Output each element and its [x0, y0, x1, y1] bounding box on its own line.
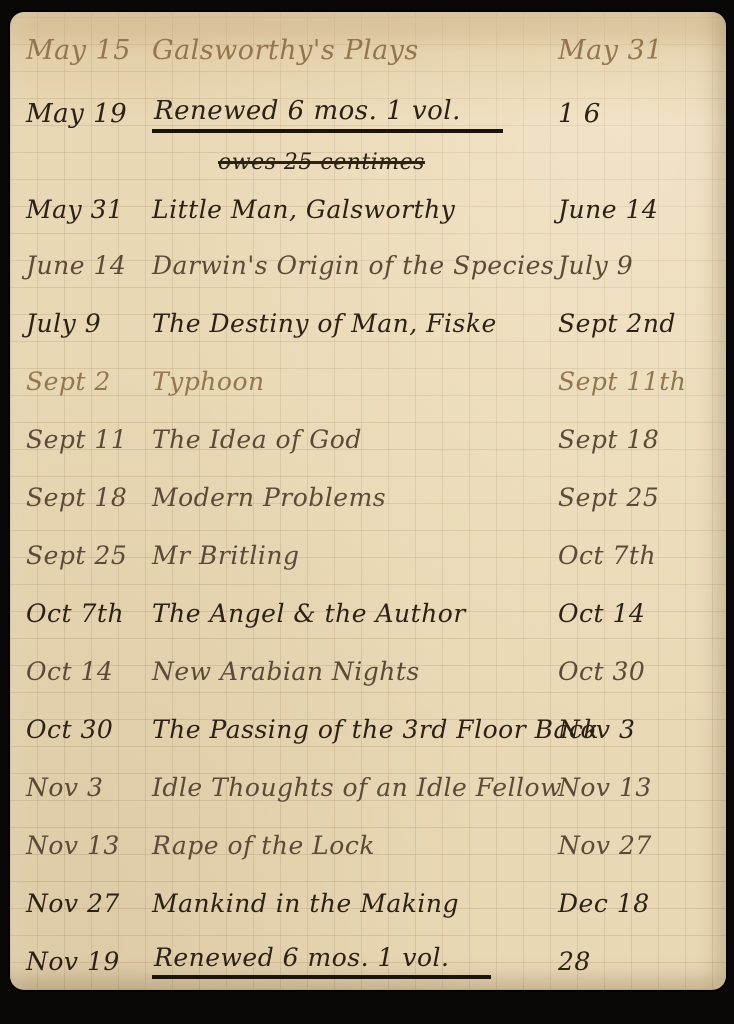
- ledger-row: Oct 7th The Angel & the Author Oct 14: [10, 584, 726, 642]
- ledger-row: Nov 19 Renewed 6 mos. 1 vol. 28: [10, 932, 726, 990]
- ledger-row: Sept 18 Modern Problems Sept 25: [10, 468, 726, 526]
- due-date: June 14: [548, 195, 726, 224]
- ledger-row: Nov 3 Idle Thoughts of an Idle Fellow No…: [10, 758, 726, 816]
- ledger-row: May 15 Galsworthy's Plays May 31: [10, 14, 726, 86]
- entry-title: Idle Thoughts of an Idle Fellow: [152, 773, 548, 802]
- ledger-row: Nov 27 Mankind in the Making Dec 18: [10, 874, 726, 932]
- due-date: Sept 18: [548, 425, 726, 454]
- due-date: Nov 3: [548, 715, 726, 744]
- entry-title-text: Mr Britling: [152, 541, 299, 570]
- entry-title-text: Mankind in the Making: [152, 889, 459, 918]
- entry-title-text: The Angel & the Author: [152, 599, 466, 628]
- ledger-row: May 19 Renewed 6 mos. 1 vol. 1 6: [10, 86, 726, 142]
- issue-date: Sept 18: [10, 483, 152, 512]
- ledger-row: Sept 25 Mr Britling Oct 7th: [10, 526, 726, 584]
- entry-title: Modern Problems: [152, 483, 548, 512]
- entry-title-text: Darwin's Origin of the Species: [152, 251, 554, 280]
- due-date: Sept 2nd: [548, 309, 726, 338]
- entry-title: New Arabian Nights: [152, 657, 548, 686]
- entry-title-text: Renewed 6 mos. 1 vol.: [152, 943, 491, 979]
- ledger-row: Sept 2 Typhoon Sept 11th: [10, 352, 726, 410]
- issue-date: Sept 25: [10, 541, 152, 570]
- issue-date: Nov 3: [10, 773, 152, 802]
- issue-date: May 15: [10, 35, 152, 66]
- entry-title: The Angel & the Author: [152, 599, 548, 628]
- due-date: 1 6: [548, 99, 726, 129]
- due-date: Nov 27: [548, 831, 726, 860]
- entry-title: Galsworthy's Plays: [152, 35, 548, 66]
- entry-title-text: Rape of the Lock: [152, 831, 375, 860]
- due-date: Oct 14: [548, 599, 726, 628]
- due-date: Oct 30: [548, 657, 726, 686]
- issue-date: June 14: [10, 251, 152, 280]
- entry-title: Renewed 6 mos. 1 vol.: [152, 943, 548, 979]
- issue-date: July 9: [10, 309, 152, 338]
- due-date: Oct 7th: [548, 541, 726, 570]
- issue-date: Nov 19: [10, 947, 152, 976]
- due-date: Dec 18: [548, 889, 726, 918]
- entry-title-text: owes 25 centimes: [218, 150, 425, 175]
- issue-date: Nov 13: [10, 831, 152, 860]
- entry-title: Renewed 6 mos. 1 vol.: [152, 96, 548, 133]
- due-date: Sept 11th: [548, 367, 726, 396]
- entry-title-text: Little Man, Galsworthy: [152, 195, 455, 224]
- entry-title: Mankind in the Making: [152, 889, 548, 918]
- entry-title-text: The Idea of God: [152, 425, 362, 454]
- entry-title: Little Man, Galsworthy: [152, 195, 548, 224]
- ledger-row: Nov 13 Rape of the Lock Nov 27: [10, 816, 726, 874]
- ledger-row: Oct 30 The Passing of the 3rd Floor Back…: [10, 700, 726, 758]
- issue-date: May 31: [10, 195, 152, 224]
- due-date: Nov 13: [548, 773, 726, 802]
- due-date: May 31: [548, 35, 726, 66]
- issue-date: Sept 11: [10, 425, 152, 454]
- entry-title-text: The Passing of the 3rd Floor Back: [152, 715, 599, 744]
- due-date: July 9: [548, 251, 726, 280]
- entry-title-text: Galsworthy's Plays: [152, 35, 419, 66]
- entry-title-text: Idle Thoughts of an Idle Fellow: [152, 773, 562, 802]
- entry-title: Darwin's Origin of the Species: [152, 251, 548, 280]
- entry-title: Rape of the Lock: [152, 831, 548, 860]
- due-date: Sept 25: [548, 483, 726, 512]
- issue-date: May 19: [10, 99, 152, 129]
- entry-title-text: Modern Problems: [152, 483, 386, 512]
- entry-title-text: Typhoon: [152, 367, 265, 396]
- entry-title-text: New Arabian Nights: [152, 657, 420, 686]
- ledger-rows: May 15 Galsworthy's Plays May 31 May 19 …: [10, 12, 726, 990]
- entry-title: Mr Britling: [152, 541, 548, 570]
- entry-title: The Idea of God: [152, 425, 548, 454]
- entry-title: The Passing of the 3rd Floor Back: [152, 715, 548, 744]
- issue-date: Sept 2: [10, 367, 152, 396]
- ledger-row: owes 25 centimes: [10, 142, 726, 182]
- library-lending-card: May 15 Galsworthy's Plays May 31 May 19 …: [10, 12, 726, 990]
- ledger-row: Oct 14 New Arabian Nights Oct 30: [10, 642, 726, 700]
- photo-backdrop: May 15 Galsworthy's Plays May 31 May 19 …: [0, 0, 734, 1024]
- ledger-row: July 9 The Destiny of Man, Fiske Sept 2n…: [10, 294, 726, 352]
- entry-title: owes 25 centimes: [152, 150, 548, 175]
- ledger-row: Sept 11 The Idea of God Sept 18: [10, 410, 726, 468]
- issue-date: Oct 14: [10, 657, 152, 686]
- ledger-row: June 14 Darwin's Origin of the Species J…: [10, 236, 726, 294]
- entry-title: The Destiny of Man, Fiske: [152, 309, 548, 338]
- due-date: 28: [548, 947, 726, 976]
- issue-date: Oct 7th: [10, 599, 152, 628]
- ledger-row: May 31 Little Man, Galsworthy June 14: [10, 182, 726, 236]
- entry-title-text: Renewed 6 mos. 1 vol.: [152, 96, 503, 133]
- issue-date: Oct 30: [10, 715, 152, 744]
- entry-title: Typhoon: [152, 367, 548, 396]
- issue-date: Nov 27: [10, 889, 152, 918]
- entry-title-text: The Destiny of Man, Fiske: [152, 309, 497, 338]
